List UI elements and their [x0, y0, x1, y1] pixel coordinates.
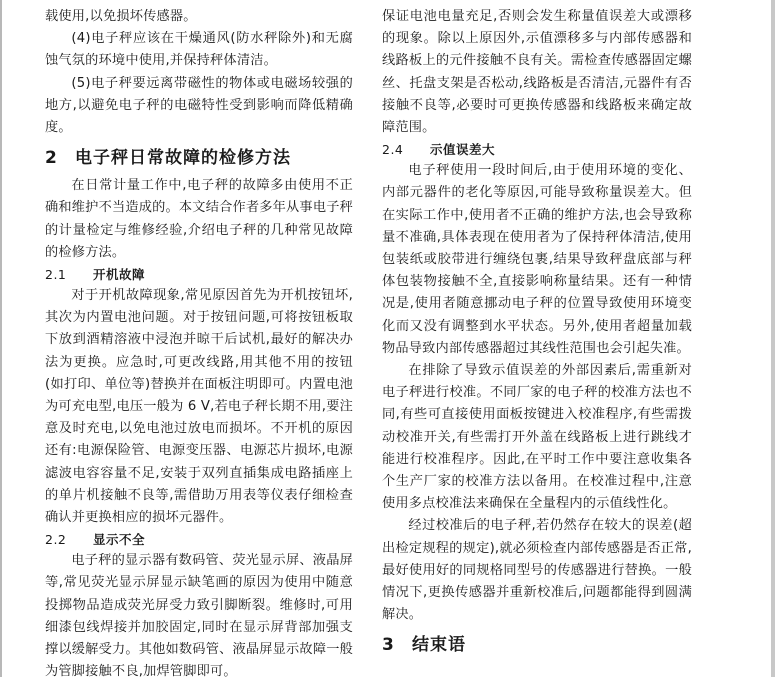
paragraph-continued: 载使用,以免损坏传感器。: [45, 6, 353, 28]
subsection-2-4-paragraph-1: 电子秤使用一段时间后,由于使用环境的变化、内部元器件的老化等原因,可能导致称量误…: [382, 160, 692, 360]
paragraph-item-4: (4)电子秤应该在干燥通风(防水秤除外)和无腐蚀气氛的环境中使用,并保持秤体清洁…: [45, 28, 353, 72]
subsection-2-4-paragraph-3: 经过校准后的电子秤,若仍然存在较大的误差(超出检定规程的规定),就必须检查内部传…: [382, 515, 692, 626]
subsection-title: 开机故障: [93, 267, 145, 282]
subsection-2-1-text: 对于开机故障现象,常见原因首先为开机按钮坏,其次为内置电池问题。对于按钮问题,可…: [45, 285, 353, 529]
page-left-border: [0, 0, 2, 677]
subsection-number: 2.2: [45, 529, 93, 550]
subsection-2-2-text: 电子秤的显示器有数码管、荧光显示屏、液晶屏等,常见荧光显示屏显示缺笔画的原因为使…: [45, 550, 353, 677]
subsection-heading-2-2: 2.2显示不全: [45, 529, 353, 550]
section-2-intro: 在日常计量工作中,电子秤的故障多由使用不正确和维护不当造成的。本文结合作者多年从…: [45, 175, 353, 264]
subsection-title: 显示不全: [93, 532, 145, 547]
scrollbar-track[interactable]: [771, 0, 775, 677]
subsection-number: 2.1: [45, 264, 93, 285]
right-column: 保证电池电量充足,否则会发生称量值误差大或漂移的现象。除以上原因外,示值漂移多与…: [382, 6, 692, 662]
subsection-2-4-paragraph-2: 在排除了导致示值误差的外部因素后,需重新对电子秤进行校准。不同厂家的电子秤的校准…: [382, 360, 692, 515]
subsection-number: 2.4: [382, 139, 430, 160]
section-title: 结束语: [412, 635, 466, 655]
section-heading-3: 3结束语: [382, 631, 692, 659]
paragraph-continued: 保证电池电量充足,否则会发生称量值误差大或漂移的现象。除以上原因外,示值漂移多与…: [382, 6, 692, 139]
section-heading-2: 2电子秤日常故障的检修方法: [45, 144, 353, 172]
paragraph-item-5: (5)电子秤要远离带磁性的物体或电磁场较强的地方,以避免电子秤的电磁特性受到影响…: [45, 73, 353, 140]
section-title: 电子秤日常故障的检修方法: [75, 148, 291, 168]
subsection-heading-2-1: 2.1开机故障: [45, 264, 353, 285]
subsection-title: 示值误差大: [430, 142, 495, 157]
section-number: 3: [382, 631, 412, 659]
subsection-heading-2-4: 2.4示值误差大: [382, 139, 692, 160]
left-column: 载使用,以免损坏传感器。 (4)电子秤应该在干燥通风(防水秤除外)和无腐蚀气氛的…: [45, 6, 353, 677]
section-number: 2: [45, 144, 75, 172]
